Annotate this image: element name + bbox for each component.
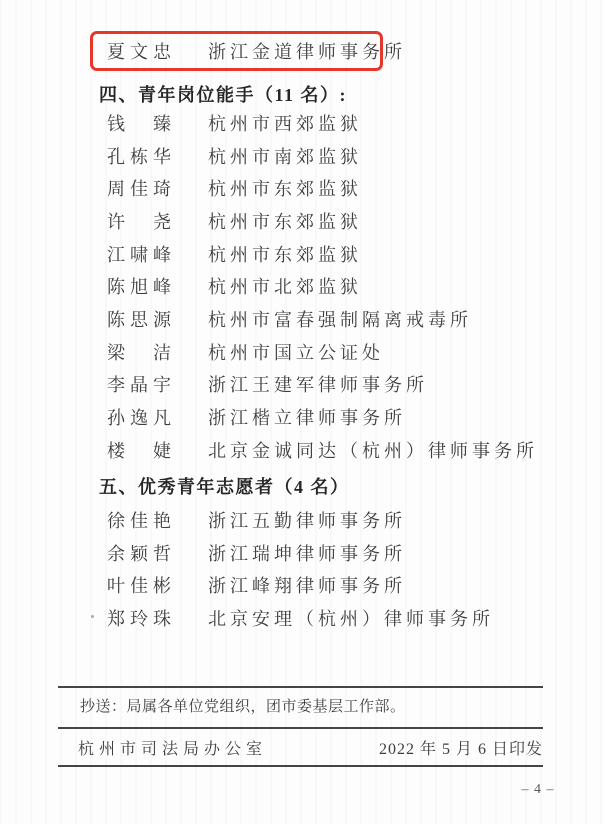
organization-name: 杭州市东郊监狱	[208, 208, 362, 234]
organization-name: 浙江金道律师事务所	[208, 38, 406, 64]
organization-name: 北京安理（杭州）律师事务所	[208, 605, 494, 631]
person-name: 陈旭峰	[107, 273, 208, 299]
award-row: 周佳琦 杭州市东郊监狱	[107, 172, 605, 205]
award-row: 楼 婕 北京金诚同达（杭州）律师事务所	[107, 433, 605, 466]
person-name: 钱 臻	[107, 110, 208, 136]
person-name: 叶佳彬	[107, 572, 208, 598]
person-name: 梁 洁	[107, 339, 208, 365]
person-name: 陈思源	[107, 306, 208, 332]
organization-name: 浙江楷立律师事务所	[208, 404, 406, 430]
footer-divider-bottom	[58, 765, 543, 767]
issuing-office: 杭州市司法局办公室	[78, 736, 267, 759]
colophon-row: 杭州市司法局办公室 2022 年 5 月 6 日印发	[78, 736, 543, 758]
award-row: 陈旭峰 杭州市北郊监狱	[107, 270, 605, 303]
organization-name: 杭州市东郊监狱	[208, 241, 362, 267]
organization-name: 杭州市南郊监狱	[208, 143, 362, 169]
person-name: 李晶宇	[107, 371, 208, 397]
award-row: 李晶宇 浙江王建军律师事务所	[107, 368, 605, 401]
organization-name: 杭州市西郊监狱	[208, 110, 362, 136]
person-name: 徐佳艳	[107, 507, 208, 533]
award-list-5: 徐佳艳 浙江五勤律师事务所 余颖哲 浙江瑞坤律师事务所 叶佳彬 浙江峰翔律师事务…	[107, 504, 605, 635]
award-row: 江啸峰 杭州市东郊监狱	[107, 237, 605, 270]
page-number: – 4 –	[505, 782, 571, 798]
person-name: 余颖哲	[107, 540, 208, 566]
document-page: 夏文忠 浙江金道律师事务所 四、青年岗位能手（11 名）: 钱 臻 杭州市西郊监…	[0, 0, 605, 824]
award-row: 许 尧 杭州市东郊监狱	[107, 205, 605, 238]
organization-name: 浙江瑞坤律师事务所	[208, 540, 406, 566]
organization-name: 杭州市东郊监狱	[208, 175, 362, 201]
organization-name: 杭州市北郊监狱	[208, 273, 362, 299]
footer-divider-top	[58, 686, 543, 688]
person-name: 周佳琦	[107, 175, 208, 201]
award-list-4: 钱 臻 杭州市西郊监狱 孔栋华 杭州市南郊监狱 周佳琦 杭州市东郊监狱 许 尧 …	[107, 107, 605, 467]
award-row: 叶佳彬 浙江峰翔律师事务所	[107, 569, 605, 602]
scan-speck	[91, 615, 94, 618]
organization-name: 杭州市富春强制隔离戒毒所	[208, 306, 472, 332]
organization-name: 浙江王建军律师事务所	[208, 371, 428, 397]
award-row: 余颖哲 浙江瑞坤律师事务所	[107, 536, 605, 569]
person-name: 郑玲珠	[107, 605, 208, 631]
award-row: 孔栋华 杭州市南郊监狱	[107, 139, 605, 172]
person-name: 楼 婕	[107, 437, 208, 463]
award-row: 钱 臻 杭州市西郊监狱	[107, 107, 605, 140]
person-name: 孔栋华	[107, 143, 208, 169]
organization-name: 浙江五勤律师事务所	[208, 507, 406, 533]
cc-line: 抄送：局属各单位党组织，团市委基层工作部。	[80, 696, 406, 718]
footer-divider-middle	[58, 727, 543, 729]
highlight-red-box: 夏文忠 浙江金道律师事务所	[90, 31, 383, 71]
organization-name: 杭州市国立公证处	[208, 339, 384, 365]
award-row: 陈思源 杭州市富春强制隔离戒毒所	[107, 303, 605, 336]
person-name: 夏文忠	[107, 38, 208, 64]
person-name: 许 尧	[107, 208, 208, 234]
print-date: 2022 年 5 月 6 日印发	[379, 736, 543, 759]
person-name: 孙逸凡	[107, 404, 208, 430]
person-name: 江啸峰	[107, 241, 208, 267]
award-row: 梁 洁 杭州市国立公证处	[107, 335, 605, 368]
organization-name: 北京金诚同达（杭州）律师事务所	[208, 437, 538, 463]
award-row: 郑玲珠 北京安理（杭州）律师事务所	[107, 602, 605, 635]
award-row: 徐佳艳 浙江五勤律师事务所	[107, 504, 605, 537]
award-row: 孙逸凡 浙江楷立律师事务所	[107, 401, 605, 434]
section-heading-5: 五、优秀青年志愿者（4 名）	[99, 471, 350, 503]
organization-name: 浙江峰翔律师事务所	[208, 572, 406, 598]
